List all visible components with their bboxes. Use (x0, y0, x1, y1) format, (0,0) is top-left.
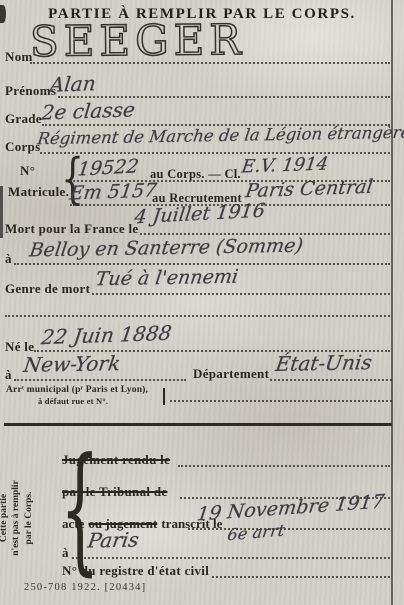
arrondissement-divider (163, 388, 165, 405)
corps-label: Corps (5, 139, 40, 155)
naissance-lieu-label: à (5, 367, 12, 383)
sidebar-note-line2: n'est pas à remplir (10, 448, 22, 588)
genre-mort-line (92, 293, 390, 295)
mort-lieu-line (14, 263, 390, 265)
mort-lieu-label: à (5, 251, 12, 267)
classe-value: E.V. 1914 (240, 154, 329, 178)
departement-label: Département (193, 366, 269, 382)
arrondissement-line (170, 400, 392, 402)
sidebar-note-line1: Cette partie (0, 448, 10, 588)
acte-label-part1: acte (62, 516, 84, 531)
jugement-line (178, 465, 390, 467)
mort-label: Mort pour la France le (5, 221, 138, 237)
mort-lieu-value: Belloy en Santerre (Somme) (28, 235, 304, 262)
departement-line (270, 379, 392, 381)
matricule-no-label: N° (20, 163, 35, 179)
matricule-recrutement-value: Em 5157 (68, 180, 158, 205)
corps-value: Régiment de Marche de la Légion étrangèr… (36, 123, 404, 148)
sidebar-note: Cette partie n'est pas à remplir par le … (0, 448, 42, 588)
prenoms-value: Alan (49, 71, 97, 97)
matricule-corps-value: 19522 (76, 155, 140, 180)
nom-line (30, 62, 390, 64)
acte-line (188, 528, 390, 530)
tribunal-label: par le Tribunal de (62, 484, 167, 500)
arrondissement-label-line1: Arrᵗ municipal (pʳ Paris et Lyon), (6, 385, 148, 395)
departement-value: État-Unis (274, 350, 373, 376)
print-code: 250-708 1922. [20434] (24, 582, 146, 593)
registre-label: N° du registre d'état civil (62, 563, 209, 579)
sidebar-note-line3: par le Corps. (23, 448, 35, 588)
name-stamp: SEEGER (30, 15, 246, 66)
nom-label: Nom (5, 49, 33, 65)
military-death-record-card: PARTIE À REMPLIR PAR LE CORPS. SEEGER No… (0, 0, 404, 605)
arrondissement-label-line2: à défaut rue et N°. (38, 396, 108, 406)
transcrit-lieu-value: Paris (86, 528, 140, 553)
matricule-label: Matricule. (8, 184, 69, 200)
transcrit-arrondissement-value: 6e arrt (226, 521, 285, 545)
genre-mort-value: Tué à l'ennemi (94, 266, 239, 290)
genre-mort-label: Genre de mort (5, 281, 90, 297)
scan-artifact-left-edge (0, 186, 3, 238)
registre-line (212, 576, 390, 578)
corps-line (40, 152, 390, 154)
grade-value: 2e classe (41, 97, 137, 124)
transcrit-lieu-line (72, 557, 390, 559)
section-divider (4, 423, 392, 426)
grade-label: Grade (5, 111, 42, 127)
scan-artifact-right-edge (391, 0, 393, 605)
transcrit-lieu-label: à (62, 545, 69, 561)
naissance-date-value: 22 Juin 1888 (40, 321, 173, 349)
naissance-lieu-value: New-York (22, 351, 122, 377)
recrutement-bureau-value: Paris Central (244, 176, 374, 202)
naissance-lieu-line (14, 379, 186, 381)
jugement-label: Jugement rendu le (62, 452, 170, 468)
blank-line (5, 315, 390, 317)
transcrit-date-value: 19 Novembre 1917 (196, 491, 386, 526)
